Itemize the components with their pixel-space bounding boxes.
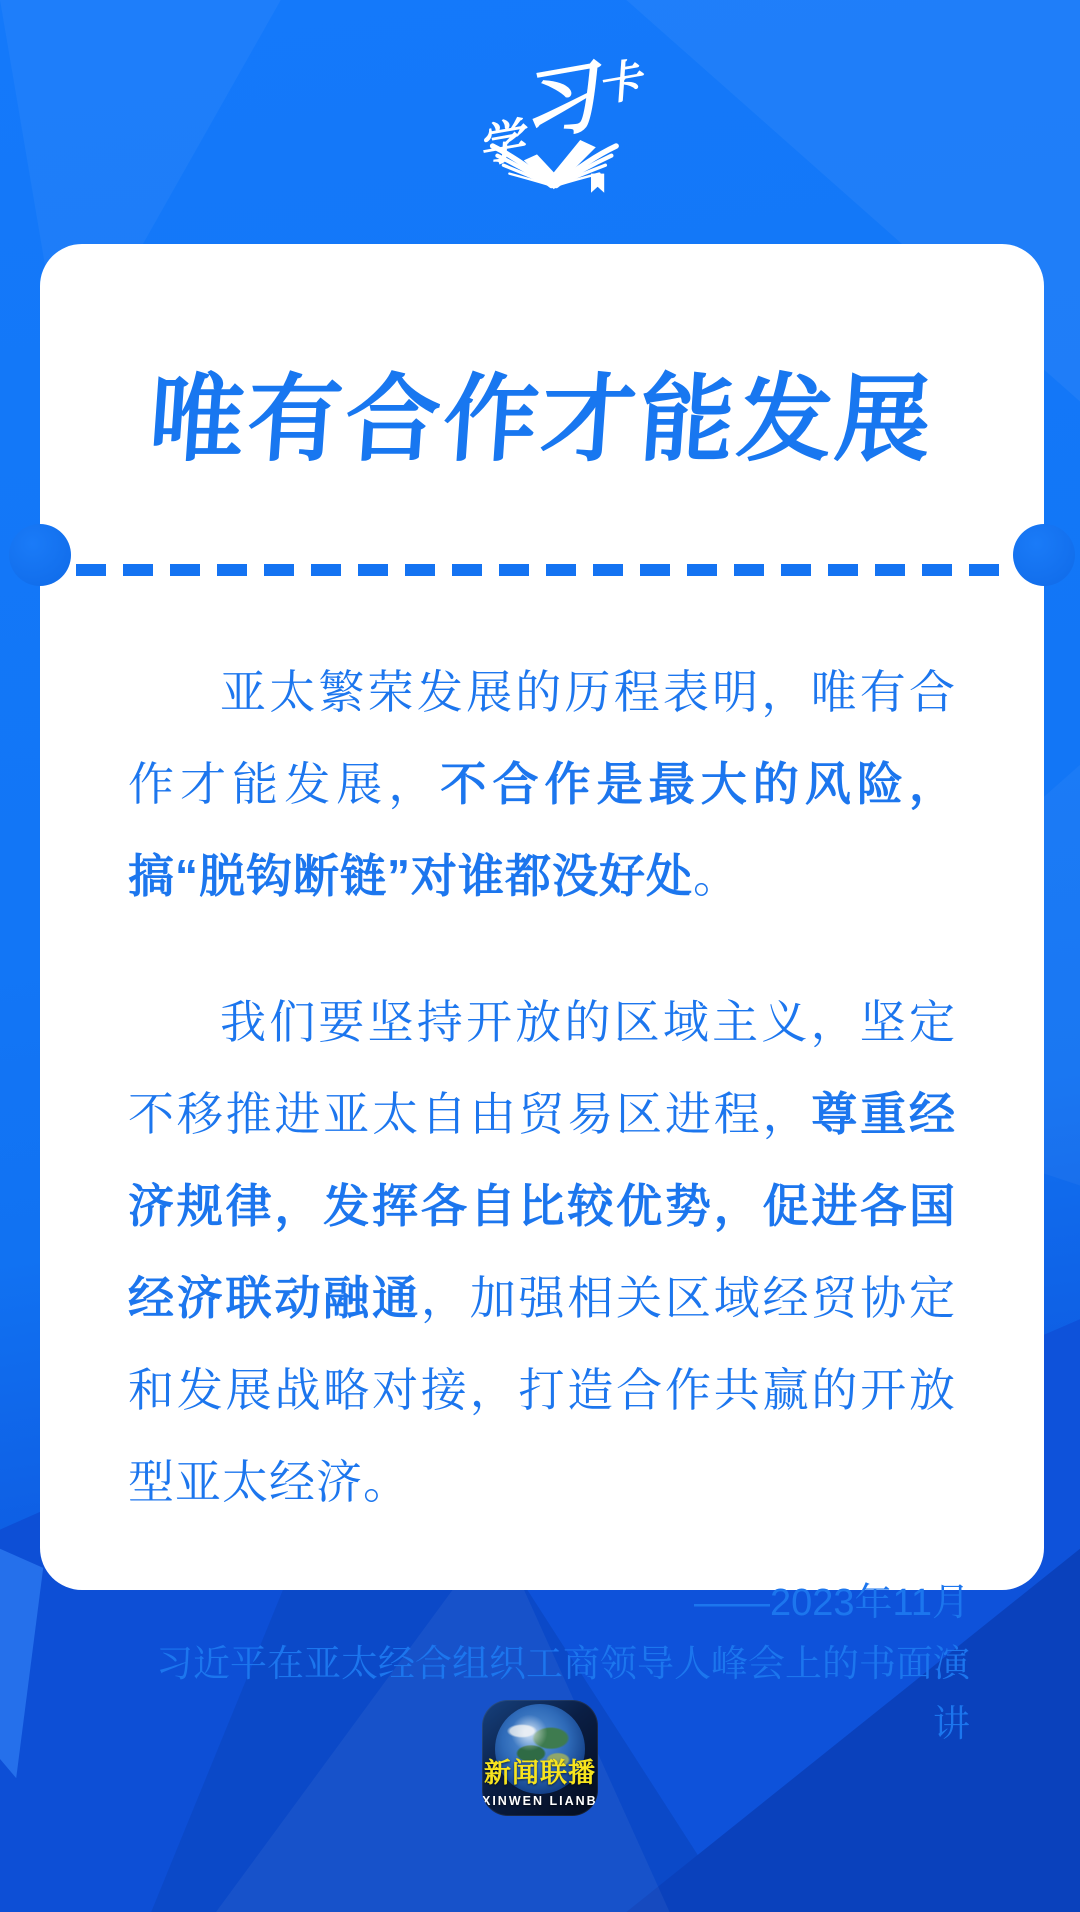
card-title: 唯有合作才能发展: [35, 344, 1049, 480]
open-book-icon: [445, 116, 665, 194]
app-name-en: XINWEN LIANBO: [482, 1794, 598, 1808]
logo-char: 卡: [593, 55, 647, 111]
paragraph: 我们要坚持开放的区域主义，坚定不移推进亚太自由贸易区进程，尊重经济规律，发挥各自…: [128, 976, 956, 1528]
app-name-cn: 新闻联播: [482, 1751, 598, 1790]
quote-card: 唯有合作才能发展 亚太繁荣发展的历程表明，唯有合作才能发展，不合作是最大的风险，…: [40, 244, 1044, 1590]
paragraph: 亚太繁荣发展的历程表明，唯有合作才能发展，不合作是最大的风险，搞“脱钩断链”对谁…: [128, 646, 956, 922]
attribution-date: ——2023年11月: [128, 1572, 970, 1634]
ticket-notch-left: [9, 524, 71, 586]
body-text: 。: [693, 850, 740, 902]
xinwen-lianbo-logo: 新闻联播 XINWEN LIANBO: [482, 1700, 598, 1816]
dashed-divider: [76, 564, 1008, 576]
study-card-logo: 学习卡: [435, 38, 675, 190]
ticket-notch-right: [1013, 524, 1075, 586]
card-paragraphs: 亚太繁荣发展的历程表明，唯有合作才能发展，不合作是最大的风险，搞“脱钩断链”对谁…: [128, 646, 956, 1528]
